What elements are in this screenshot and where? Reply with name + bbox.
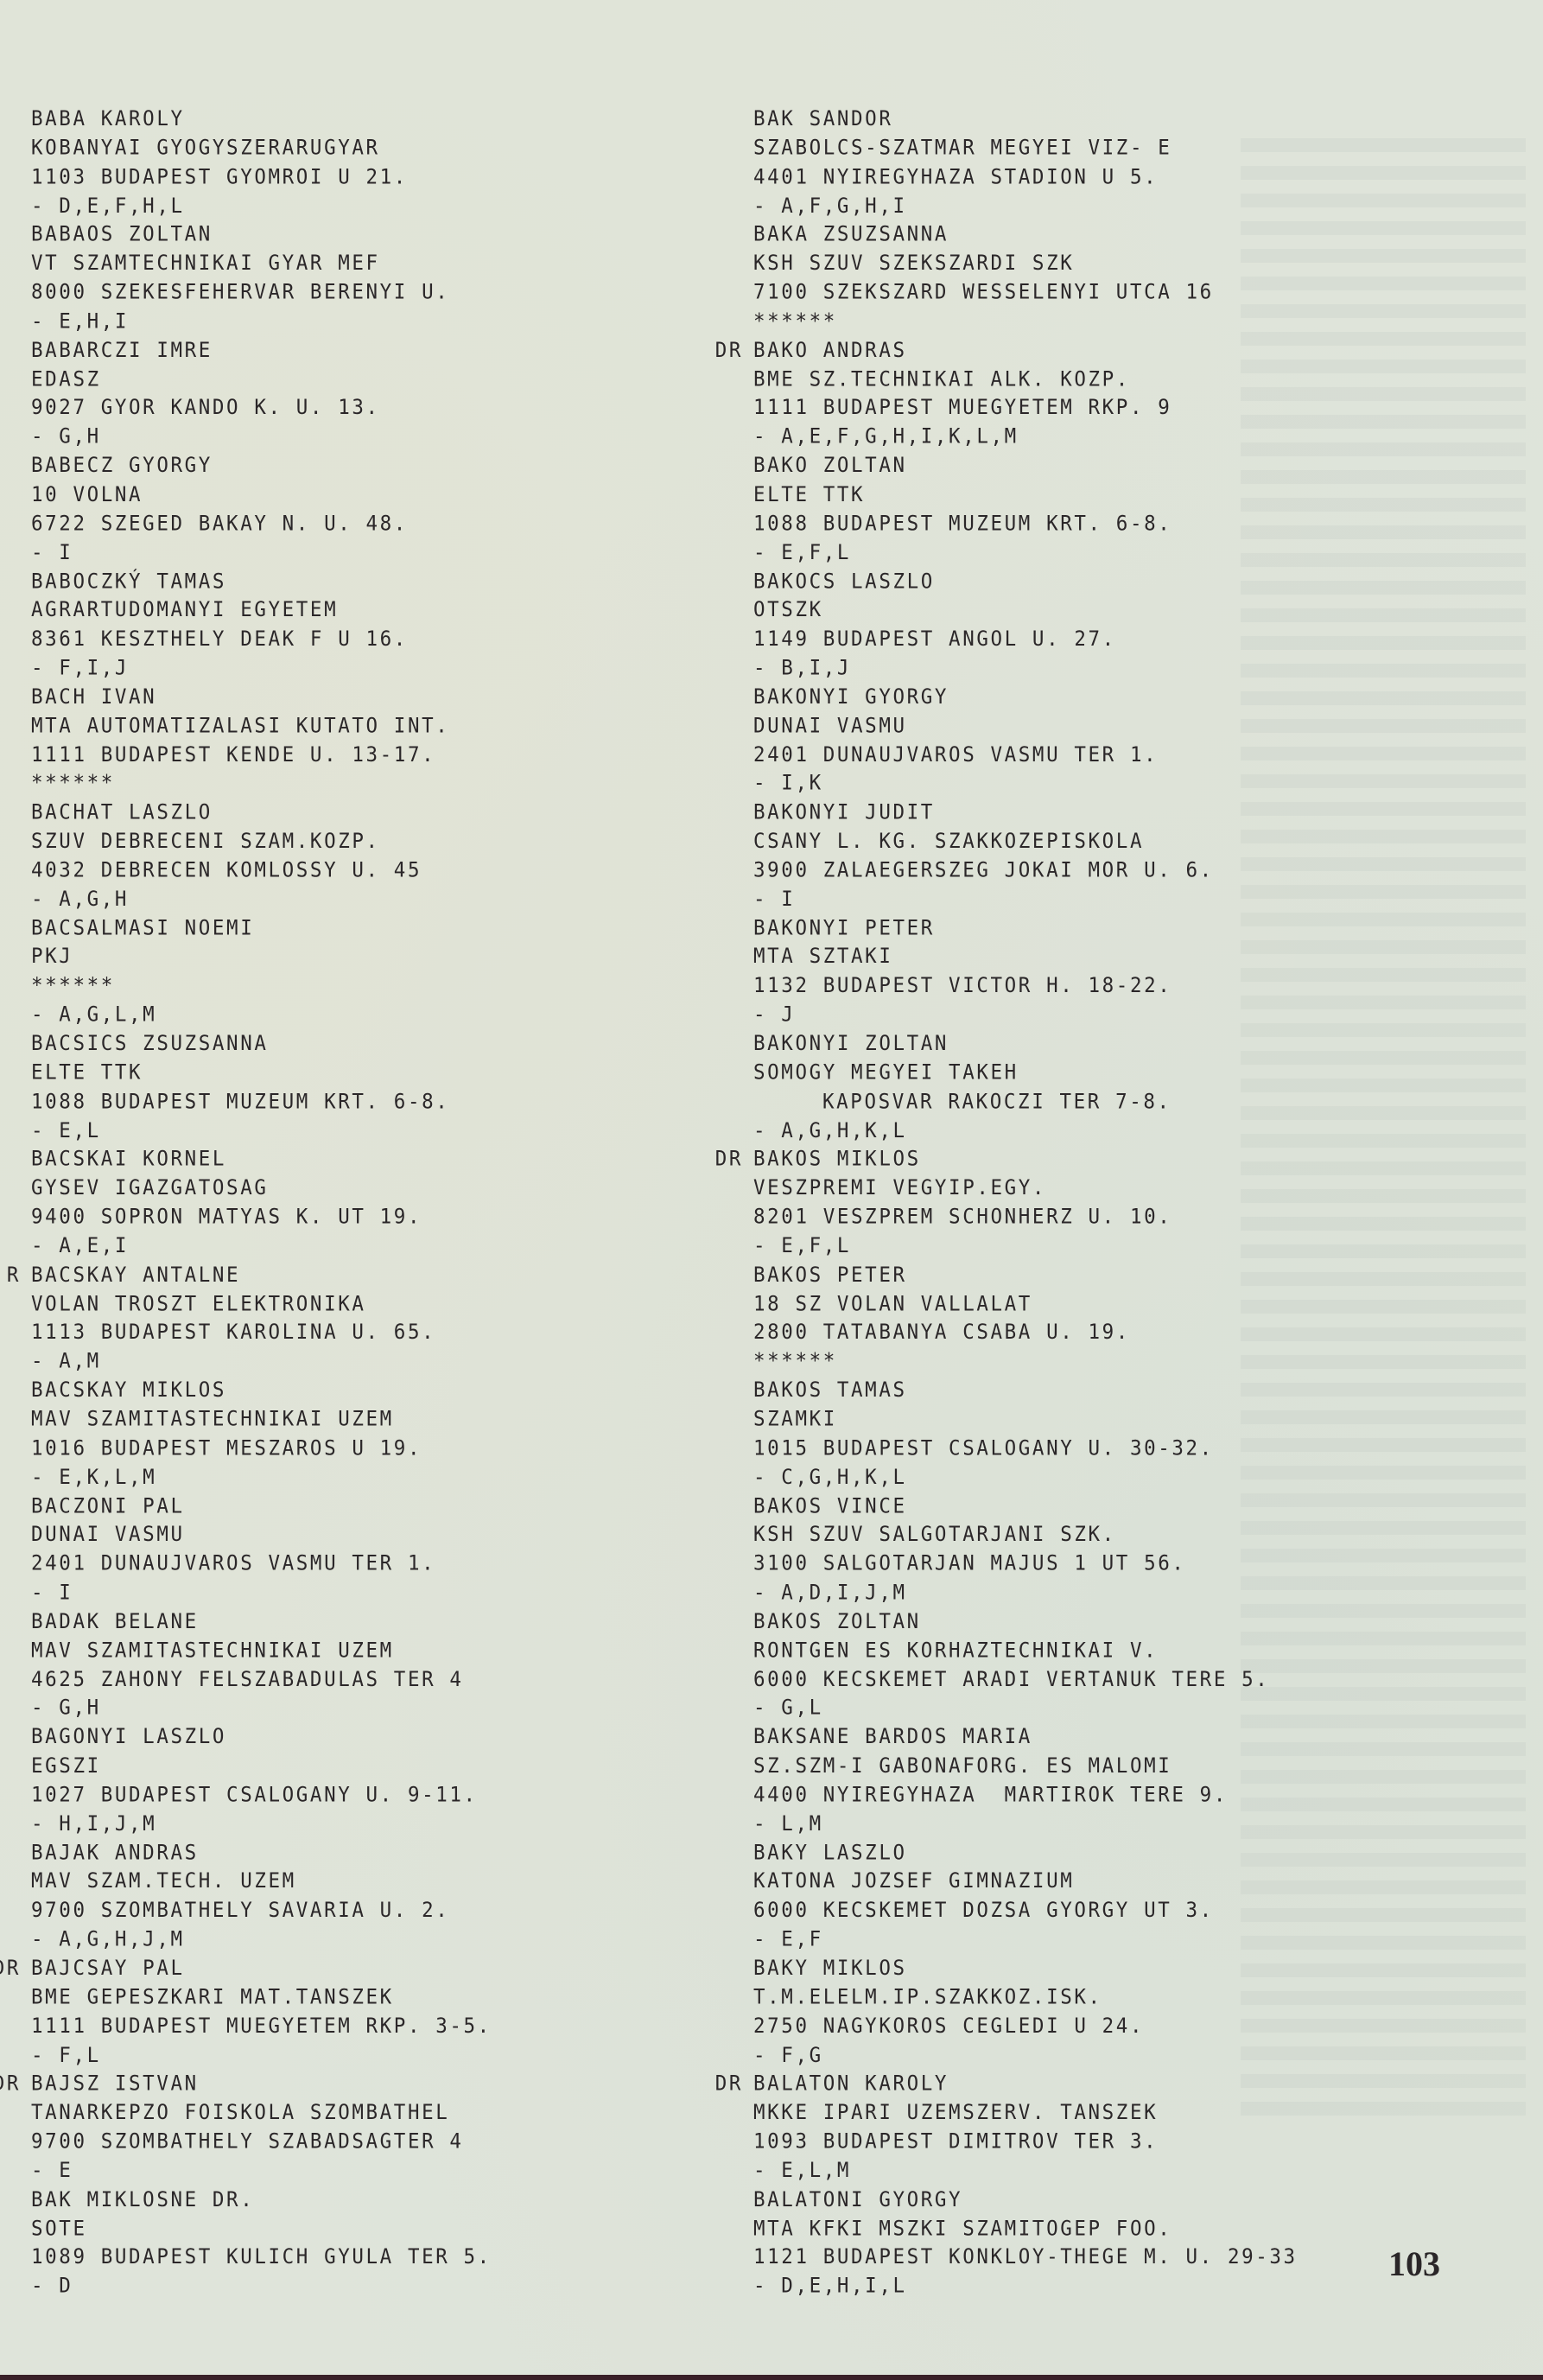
directory-line: MAV SZAMITASTECHNIKAI UZEM <box>31 1637 492 1665</box>
directory-line: ELTE TTK <box>753 481 1298 510</box>
directory-line: 1015 BUDAPEST CSALOGANY U. 30-32. <box>753 1435 1298 1463</box>
directory-line: - I,K <box>753 770 1298 799</box>
directory-line: BACSALMASI NOEMI <box>31 914 492 943</box>
line-text: 1088 BUDAPEST MUZEUM KRT. 6-8. <box>753 512 1172 535</box>
line-text: SZUV DEBRECENI SZAM.KOZP. <box>31 830 380 853</box>
directory-line: - F,L <box>31 2041 492 2070</box>
directory-line: 1027 BUDAPEST CSALOGANY U. 9-11. <box>31 1781 492 1810</box>
directory-line: SZ.SZM-I GABONAFORG. ES MALOMI <box>753 1753 1298 1781</box>
line-text: BACHAT LASZLO <box>31 801 213 824</box>
directory-line: 9027 GYOR KANDO K. U. 13. <box>31 394 492 423</box>
directory-line: VESZPREMI VEGYIP.EGY. <box>753 1174 1298 1203</box>
directory-line: - E,L <box>31 1117 492 1145</box>
directory-line: - H,I,J,M <box>31 1810 492 1839</box>
line-text: VOLAN TROSZT ELEKTRONIKA <box>31 1292 366 1315</box>
line-text: BACSKAY ANTALNE <box>31 1263 240 1287</box>
directory-line: DUNAI VASMU <box>31 1521 492 1550</box>
directory-line: 4401 NYIREGYHAZA STADION U 5. <box>753 163 1298 192</box>
directory-line: BAKONYI PETER <box>753 914 1298 943</box>
line-text: GYSEV IGAZGATOSAG <box>31 1176 268 1200</box>
directory-line: DRBAKOS MIKLOS <box>753 1146 1298 1174</box>
directory-line: PKJ <box>31 944 492 972</box>
directory-line: CSANY L. KG. SZAKKOZEPISKOLA <box>753 828 1298 856</box>
directory-line: - C,G,H,K,L <box>753 1463 1298 1492</box>
directory-line: BAKONYI GYORGY <box>753 684 1298 712</box>
directory-line: 6000 KECSKEMET ARADI VERTANUK TERE 5. <box>753 1666 1298 1695</box>
directory-line: - B,I,J <box>753 654 1298 683</box>
line-text: ****** <box>31 772 115 795</box>
line-text: ****** <box>31 974 115 997</box>
line-text: 4625 ZAHONY FELSZABADULAS TER 4 <box>31 1668 464 1691</box>
line-text: ****** <box>753 309 837 333</box>
line-text: BAKO ZOLTAN <box>753 454 907 477</box>
line-text: VESZPREMI VEGYIP.EGY. <box>753 1176 1046 1200</box>
line-text: - A,M <box>31 1350 101 1373</box>
directory-line: EDASZ <box>31 366 492 394</box>
directory-line: VOLAN TROSZT ELEKTRONIKA <box>31 1290 492 1319</box>
directory-line: EGSZI <box>31 1753 492 1781</box>
line-text: - L,M <box>753 1812 823 1836</box>
line-text: BABECZ GYORGY <box>31 454 213 477</box>
line-text: 1132 BUDAPEST VICTOR H. 18-22. <box>753 974 1172 997</box>
directory-line: 8000 SZEKESFEHERVAR BERENYI U. <box>31 279 492 308</box>
line-text: SZAMKI <box>753 1408 837 1431</box>
directory-line: 1103 BUDAPEST GYOMROI U 21. <box>31 163 492 192</box>
directory-line: ****** <box>31 972 492 1001</box>
directory-line: - E,F <box>753 1925 1298 1954</box>
directory-line: 4400 NYIREGYHAZA MARTIROK TERE 9. <box>753 1781 1298 1810</box>
line-text: BME SZ.TECHNIKAI ALK. KOZP. <box>753 367 1130 391</box>
line-text: 9400 SOPRON MATYAS K. UT 19. <box>31 1206 422 1229</box>
directory-line: - D,E,F,H,L <box>31 192 492 220</box>
line-text: 1113 BUDAPEST KAROLINA U. 65. <box>31 1320 435 1344</box>
directory-line: 1121 BUDAPEST KONKLOY-THEGE M. U. 29-33 <box>753 2243 1298 2272</box>
line-text: SOMOGY MEGYEI TAKEH <box>753 1060 1019 1084</box>
line-text: BALATONI GYORGY <box>753 2187 962 2211</box>
directory-line: BAKOS ZOLTAN <box>753 1608 1298 1637</box>
directory-line: BAKY MIKLOS <box>753 1955 1298 1983</box>
line-text: - J <box>753 1003 795 1027</box>
directory-line: - E,F,L <box>753 1232 1298 1261</box>
directory-line: GYSEV IGAZGATOSAG <box>31 1174 492 1203</box>
directory-line: - E,F,L <box>753 539 1298 568</box>
directory-line: 6000 KECSKEMET DOZSA GYORGY UT 3. <box>753 1897 1298 1925</box>
directory-line: BABAOS ZOLTAN <box>31 221 492 250</box>
line-text: KSH SZUV SZEKSZARDI SZK <box>753 251 1074 275</box>
directory-line: ****** <box>31 770 492 799</box>
line-text: 4400 NYIREGYHAZA MARTIROK TERE 9. <box>753 1783 1228 1806</box>
line-text: 1093 BUDAPEST DIMITROV TER 3. <box>753 2130 1158 2154</box>
line-text: 4032 DEBRECEN KOMLOSSY U. 45 <box>31 858 422 881</box>
line-text: - A,G,L,M <box>31 1003 156 1027</box>
directory-line: BAKSANE BARDOS MARIA <box>753 1723 1298 1752</box>
line-text: 9027 GYOR KANDO K. U. 13. <box>31 396 380 419</box>
directory-line: BACZONI PAL <box>31 1492 492 1521</box>
title-prefix: DR <box>715 336 743 365</box>
directory-line: MAV SZAM.TECH. UZEM <box>31 1868 492 1897</box>
line-text: VT SZAMTECHNIKAI GYAR MEF <box>31 251 380 275</box>
line-text: 2800 TATABANYA CSABA U. 19. <box>753 1320 1130 1344</box>
directory-line: BAKA ZSUZSANNA <box>753 221 1298 250</box>
line-text: BADAK BELANE <box>31 1610 199 1633</box>
directory-line: 9700 SZOMBATHELY SAVARIA U. 2. <box>31 1897 492 1925</box>
directory-line: - A,M <box>31 1348 492 1377</box>
directory-line: 1093 BUDAPEST DIMITROV TER 3. <box>753 2129 1298 2157</box>
directory-line: KATONA JOZSEF GIMNAZIUM <box>753 1868 1298 1897</box>
directory-line: MTA SZTAKI <box>753 944 1298 972</box>
left-directory-column: BABA KAROLYKOBANYAI GYOGYSZERARUGYAR1103… <box>31 105 492 2301</box>
line-text: - F,G <box>753 2043 823 2066</box>
directory-line: 1149 BUDAPEST ANGOL U. 27. <box>753 626 1298 654</box>
line-text: 1149 BUDAPEST ANGOL U. 27. <box>753 627 1116 651</box>
line-text: 1016 BUDAPEST MESZAROS U 19. <box>31 1436 422 1460</box>
directory-line: BABARCZI IMRE <box>31 336 492 365</box>
line-text: - A,G,H <box>31 888 129 911</box>
directory-line: - A,D,I,J,M <box>753 1579 1298 1607</box>
line-text: - E,L,M <box>753 2159 851 2182</box>
line-text: - E,F,L <box>753 541 851 564</box>
directory-line: 9700 SZOMBATHELY SZABADSAGTER 4 <box>31 2129 492 2157</box>
directory-line: 8361 KESZTHELY DEAK F U 16. <box>31 626 492 654</box>
directory-line: DRBAJSZ ISTVAN <box>31 2071 492 2099</box>
line-text: - B,I,J <box>753 656 851 679</box>
line-text: BAGONYI LASZLO <box>31 1726 226 1749</box>
directory-line: - D,E,H,I,L <box>753 2273 1298 2301</box>
line-text: - A,F,G,H,I <box>753 194 907 217</box>
line-text: BAK MIKLOSNE DR. <box>31 2187 254 2211</box>
directory-line: BME SZ.TECHNIKAI ALK. KOZP. <box>753 366 1298 394</box>
directory-line: - E,H,I <box>31 308 492 336</box>
line-text: 9700 SZOMBATHELY SZABADSAGTER 4 <box>31 2130 464 2154</box>
directory-line: DRBAKO ANDRAS <box>753 336 1298 365</box>
directory-line: - A,G,L,M <box>31 1002 492 1030</box>
line-text: KAPOSVAR RAKOCZI TER 7-8. <box>822 1090 1172 1113</box>
directory-line: 7100 SZEKSZARD WESSELENYI UTCA 16 <box>753 279 1298 308</box>
directory-line: BACH IVAN <box>31 684 492 712</box>
directory-line: - G,H <box>31 1695 492 1723</box>
directory-line: 2401 DUNAUJVAROS VASMU TER 1. <box>31 1550 492 1579</box>
line-text: 18 SZ VOLAN VALLALAT <box>753 1292 1032 1315</box>
line-text: - E,F,L <box>753 1234 851 1257</box>
directory-line: BACSICS ZSUZSANNA <box>31 1030 492 1059</box>
line-text: BAJCSAY PAL <box>31 1957 185 1980</box>
line-text: 8361 KESZTHELY DEAK F U 16. <box>31 627 408 651</box>
line-text: 1111 BUDAPEST MUEGYETEM RKP. 3-5. <box>31 2014 492 2038</box>
directory-line: - E,L,M <box>753 2157 1298 2186</box>
directory-line: BABA KAROLY <box>31 105 492 134</box>
line-text: RONTGEN ES KORHAZTECHNIKAI V. <box>753 1639 1158 1662</box>
directory-line: 2401 DUNAUJVAROS VASMU TER 1. <box>753 741 1298 770</box>
directory-line: RONTGEN ES KORHAZTECHNIKAI V. <box>753 1637 1298 1665</box>
line-text: 1088 BUDAPEST MUZEUM KRT. 6-8. <box>31 1090 449 1113</box>
directory-line: VT SZAMTECHNIKAI GYAR MEF <box>31 250 492 278</box>
directory-line: 1088 BUDAPEST MUZEUM KRT. 6-8. <box>753 510 1298 538</box>
line-text: BABA KAROLY <box>31 107 185 130</box>
line-text: - A,E,F,G,H,I,K,L,M <box>753 425 1019 449</box>
directory-line: - E <box>31 2157 492 2186</box>
directory-line: 4032 DEBRECEN KOMLOSSY U. 45 <box>31 856 492 885</box>
line-text: CSANY L. KG. SZAKKOZEPISKOLA <box>753 830 1144 853</box>
line-text: - E,L <box>31 1118 101 1142</box>
directory-line: BADAK BELANE <box>31 1608 492 1637</box>
directory-line: BAK MIKLOSNE DR. <box>31 2186 492 2214</box>
line-text: ELTE TTK <box>31 1060 143 1084</box>
line-text: MAV SZAM.TECH. UZEM <box>31 1870 296 1893</box>
line-text: SZ.SZM-I GABONAFORG. ES MALOMI <box>753 1754 1172 1778</box>
directory-line: - A,E,I <box>31 1232 492 1261</box>
directory-line: - G,L <box>753 1695 1298 1723</box>
directory-line: - I <box>31 539 492 568</box>
line-text: MTA KFKI MSZKI SZAMITOGEP FOO. <box>753 2217 1172 2240</box>
directory-line: - D <box>31 2273 492 2301</box>
line-text: - F,L <box>31 2043 101 2066</box>
directory-line: - G,H <box>31 423 492 452</box>
line-text: BAKONYI PETER <box>753 916 935 939</box>
line-text: KATONA JOZSEF GIMNAZIUM <box>753 1870 1074 1893</box>
line-text: BACSICS ZSUZSANNA <box>31 1032 268 1055</box>
directory-line: 1111 BUDAPEST KENDE U. 13-17. <box>31 741 492 770</box>
directory-line: TANARKEPZO FOISKOLA SZOMBATHEL <box>31 2099 492 2128</box>
directory-line: BAKOS VINCE <box>753 1492 1298 1521</box>
line-text: - I <box>753 888 795 911</box>
directory-line: - E,K,L,M <box>31 1463 492 1492</box>
directory-line: BAKONYI JUDIT <box>753 799 1298 827</box>
directory-line: BALATONI GYORGY <box>753 2186 1298 2214</box>
line-text: BALATON KAROLY <box>753 2072 949 2096</box>
directory-line: - A,G,H <box>31 886 492 914</box>
directory-line: KSH SZUV SZEKSZARDI SZK <box>753 250 1298 278</box>
directory-line: BAKONYI ZOLTAN <box>753 1030 1298 1059</box>
directory-line: MKKE IPARI UZEMSZERV. TANSZEK <box>753 2099 1298 2128</box>
line-text: - A,E,I <box>31 1234 129 1257</box>
line-text: - D,E,H,I,L <box>753 2275 907 2298</box>
line-text: MAV SZAMITASTECHNIKAI UZEM <box>31 1639 394 1662</box>
line-text: DUNAI VASMU <box>753 714 907 737</box>
line-text: PKJ <box>31 945 73 969</box>
line-text: - G,H <box>31 1696 101 1720</box>
directory-line: AGRARTUDOMANYI EGYETEM <box>31 596 492 625</box>
directory-line: - J <box>753 1002 1298 1030</box>
line-text: BACSKAI KORNEL <box>31 1148 226 1171</box>
line-text: 1103 BUDAPEST GYOMROI U 21. <box>31 165 408 188</box>
line-text: TANARKEPZO FOISKOLA SZOMBATHEL <box>31 2101 449 2124</box>
line-text: SZABOLCS-SZATMAR MEGYEI VIZ- E <box>753 137 1172 160</box>
directory-line: SZAMKI <box>753 1406 1298 1435</box>
line-text: T.M.ELELM.IP.SZAKKOZ.ISK. <box>753 1985 1102 2008</box>
directory-line: MTA AUTOMATIZALASI KUTATO INT. <box>31 712 492 741</box>
title-prefix: DR <box>0 2071 21 2099</box>
line-text: BACZONI PAL <box>31 1494 185 1518</box>
line-text: BACH IVAN <box>31 685 156 709</box>
line-text: - E <box>31 2159 73 2182</box>
directory-line: 10 VOLNA <box>31 481 492 510</box>
directory-line: ELTE TTK <box>31 1059 492 1087</box>
directory-line: SZABOLCS-SZATMAR MEGYEI VIZ- E <box>753 134 1298 162</box>
line-text: 10 VOLNA <box>31 483 143 506</box>
line-text: - E,K,L,M <box>31 1466 156 1489</box>
line-text: 2401 DUNAUJVAROS VASMU TER 1. <box>31 1552 435 1575</box>
directory-line: DRBALATON KAROLY <box>753 2071 1298 2099</box>
line-text: ****** <box>753 1350 837 1373</box>
line-text: 8201 VESZPREM SCHONHERZ U. 10. <box>753 1206 1172 1229</box>
line-text: KOBANYAI GYOGYSZERARUGYAR <box>31 137 380 160</box>
line-text: BAKO ANDRAS <box>753 339 907 362</box>
line-text: - E,H,I <box>31 309 129 333</box>
directory-line: - I <box>31 1579 492 1607</box>
directory-line: - F,I,J <box>31 654 492 683</box>
directory-line: 3900 ZALAEGERSZEG JOKAI MOR U. 6. <box>753 856 1298 885</box>
line-text: 6722 SZEGED BAKAY N. U. 48. <box>31 512 408 535</box>
directory-line: DUNAI VASMU <box>753 712 1298 741</box>
page-bottom-edge <box>0 2375 1543 2380</box>
line-text: 2401 DUNAUJVAROS VASMU TER 1. <box>753 743 1158 767</box>
directory-line: - A,F,G,H,I <box>753 192 1298 220</box>
line-text: 1121 BUDAPEST KONKLOY-THEGE M. U. 29-33 <box>753 2245 1298 2269</box>
page-number: 103 <box>1388 2243 1440 2284</box>
line-text: - G,H <box>31 425 101 449</box>
line-text: - G,L <box>753 1696 823 1720</box>
directory-line: BAKOS PETER <box>753 1261 1298 1289</box>
directory-line: SOMOGY MEGYEI TAKEH <box>753 1059 1298 1087</box>
line-text: MAV SZAMITASTECHNIKAI UZEM <box>31 1408 394 1431</box>
line-text: - E,F <box>753 1928 823 1951</box>
directory-line: 1111 BUDAPEST MUEGYETEM RKP. 3-5. <box>31 2013 492 2041</box>
line-text: BAKOS TAMAS <box>753 1378 907 1402</box>
line-text: 7100 SZEKSZARD WESSELENYI UTCA 16 <box>753 281 1214 304</box>
line-text: 2750 NAGYKOROS CEGLEDI U 24. <box>753 2014 1144 2038</box>
directory-line: 1113 BUDAPEST KAROLINA U. 65. <box>31 1319 492 1347</box>
line-text: 8000 SZEKESFEHERVAR BERENYI U. <box>31 281 449 304</box>
directory-line: - A,G,H,K,L <box>753 1117 1298 1145</box>
title-prefix: R <box>7 1261 21 1289</box>
directory-line: T.M.ELELM.IP.SZAKKOZ.ISK. <box>753 1983 1298 2012</box>
directory-line: 1132 BUDAPEST VICTOR H. 18-22. <box>753 972 1298 1001</box>
line-text: 1111 BUDAPEST KENDE U. 13-17. <box>31 743 435 767</box>
line-text: BAKOS PETER <box>753 1263 907 1287</box>
line-text: BAKOS ZOLTAN <box>753 1610 921 1633</box>
directory-line: BACHAT LASZLO <box>31 799 492 827</box>
directory-line: KSH SZUV SALGOTARJANI SZK. <box>753 1521 1298 1550</box>
line-text: 1089 BUDAPEST KULICH GYULA TER 5. <box>31 2245 492 2269</box>
directory-line: ****** <box>753 308 1298 336</box>
line-text: BABOCZKÝ TAMAS <box>31 570 226 593</box>
line-text: 3100 SALGOTARJAN MAJUS 1 UT 56. <box>753 1552 1186 1575</box>
directory-line: BACSKAI KORNEL <box>31 1146 492 1174</box>
directory-line: RBACSKAY ANTALNE <box>31 1261 492 1289</box>
title-prefix: DR <box>715 1146 743 1174</box>
directory-line: SOTE <box>31 2215 492 2243</box>
directory-line: 1016 BUDAPEST MESZAROS U 19. <box>31 1435 492 1463</box>
directory-line: - A,G,H,J,M <box>31 1925 492 1954</box>
directory-line: BME GEPESZKARI MAT.TANSZEK <box>31 1983 492 2012</box>
directory-line: MTA KFKI MSZKI SZAMITOGEP FOO. <box>753 2215 1298 2243</box>
line-text: BAKOS VINCE <box>753 1494 907 1518</box>
line-text: - H,I,J,M <box>31 1812 156 1836</box>
line-text: - F,I,J <box>31 656 129 679</box>
line-text: BAKY MIKLOS <box>753 1957 907 1980</box>
directory-line: BAGONYI LASZLO <box>31 1723 492 1752</box>
directory-line: OTSZK <box>753 596 1298 625</box>
directory-line: SZUV DEBRECENI SZAM.KOZP. <box>31 828 492 856</box>
line-text: BAKOS MIKLOS <box>753 1148 921 1171</box>
line-text: AGRARTUDOMANYI EGYETEM <box>31 599 338 622</box>
directory-line: 4625 ZAHONY FELSZABADULAS TER 4 <box>31 1666 492 1695</box>
line-text: BAKONYI ZOLTAN <box>753 1032 949 1055</box>
line-text: MTA SZTAKI <box>753 945 892 969</box>
line-text: - C,G,H,K,L <box>753 1466 907 1489</box>
directory-line: - F,G <box>753 2041 1298 2070</box>
line-text: - A,G,H,K,L <box>753 1118 907 1142</box>
line-text: BME GEPESZKARI MAT.TANSZEK <box>31 1985 394 2008</box>
directory-line: BABOCZKÝ TAMAS <box>31 568 492 596</box>
line-text: EDASZ <box>31 367 101 391</box>
line-text: BAKONYI JUDIT <box>753 801 935 824</box>
directory-line: KAPOSVAR RAKOCZI TER 7-8. <box>753 1088 1298 1117</box>
directory-line: KOBANYAI GYOGYSZERARUGYAR <box>31 134 492 162</box>
title-prefix: DR <box>0 1955 21 1983</box>
directory-line: BAKOS TAMAS <box>753 1377 1298 1405</box>
directory-line: - I <box>753 886 1298 914</box>
line-text: - D,E,F,H,L <box>31 194 185 217</box>
line-text: 1015 BUDAPEST CSALOGANY U. 30-32. <box>753 1436 1214 1460</box>
line-text: DUNAI VASMU <box>31 1523 185 1546</box>
directory-line: 1088 BUDAPEST MUZEUM KRT. 6-8. <box>31 1088 492 1117</box>
line-text: SOTE <box>31 2217 87 2240</box>
directory-line: 9400 SOPRON MATYAS K. UT 19. <box>31 1204 492 1232</box>
line-text: - A,D,I,J,M <box>753 1581 907 1604</box>
line-text: BAK SANDOR <box>753 107 892 130</box>
directory-line: 6722 SZEGED BAKAY N. U. 48. <box>31 510 492 538</box>
line-text: - D <box>31 2275 73 2298</box>
line-text: BAKSANE BARDOS MARIA <box>753 1726 1032 1749</box>
directory-line: 3100 SALGOTARJAN MAJUS 1 UT 56. <box>753 1550 1298 1579</box>
title-prefix: DR <box>715 2071 743 2099</box>
directory-line: - A,E,F,G,H,I,K,L,M <box>753 423 1298 452</box>
line-text: BAKOCS LASZLO <box>753 570 935 593</box>
line-text: - I,K <box>753 772 823 795</box>
line-text: BABARCZI IMRE <box>31 339 213 362</box>
line-text: BAJSZ ISTVAN <box>31 2072 199 2096</box>
directory-line: 8201 VESZPREM SCHONHERZ U. 10. <box>753 1204 1298 1232</box>
directory-line: 2750 NAGYKOROS CEGLEDI U 24. <box>753 2013 1298 2041</box>
directory-line: 1111 BUDAPEST MUEGYETEM RKP. 9 <box>753 394 1298 423</box>
line-text: OTSZK <box>753 599 823 622</box>
line-text: 1111 BUDAPEST MUEGYETEM RKP. 9 <box>753 396 1172 419</box>
line-text: EGSZI <box>31 1754 101 1778</box>
line-text: 4401 NYIREGYHAZA STADION U 5. <box>753 165 1158 188</box>
directory-line: BAKO ZOLTAN <box>753 452 1298 480</box>
directory-line: 1089 BUDAPEST KULICH GYULA TER 5. <box>31 2243 492 2272</box>
directory-line: DRBAJCSAY PAL <box>31 1955 492 1983</box>
directory-line: BABECZ GYORGY <box>31 452 492 480</box>
line-text: BAKONYI GYORGY <box>753 685 949 709</box>
line-text: 6000 KECSKEMET DOZSA GYORGY UT 3. <box>753 1899 1214 1922</box>
directory-line: - L,M <box>753 1810 1298 1839</box>
directory-line: BAKY LASZLO <box>753 1839 1298 1868</box>
line-text: KSH SZUV SALGOTARJANI SZK. <box>753 1523 1116 1546</box>
line-text: - I <box>31 541 73 564</box>
directory-line: BACSKAY MIKLOS <box>31 1377 492 1405</box>
line-text: - A,G,H,J,M <box>31 1928 185 1951</box>
line-text: BACSKAY MIKLOS <box>31 1378 226 1402</box>
directory-line: BAK SANDOR <box>753 105 1298 134</box>
directory-line: 2800 TATABANYA CSABA U. 19. <box>753 1319 1298 1347</box>
line-text: BAJAK ANDRAS <box>31 1841 199 1864</box>
line-text: ELTE TTK <box>753 483 865 506</box>
directory-line: MAV SZAMITASTECHNIKAI UZEM <box>31 1406 492 1435</box>
directory-line: BAKOCS LASZLO <box>753 568 1298 596</box>
line-text: BAKY LASZLO <box>753 1841 907 1864</box>
